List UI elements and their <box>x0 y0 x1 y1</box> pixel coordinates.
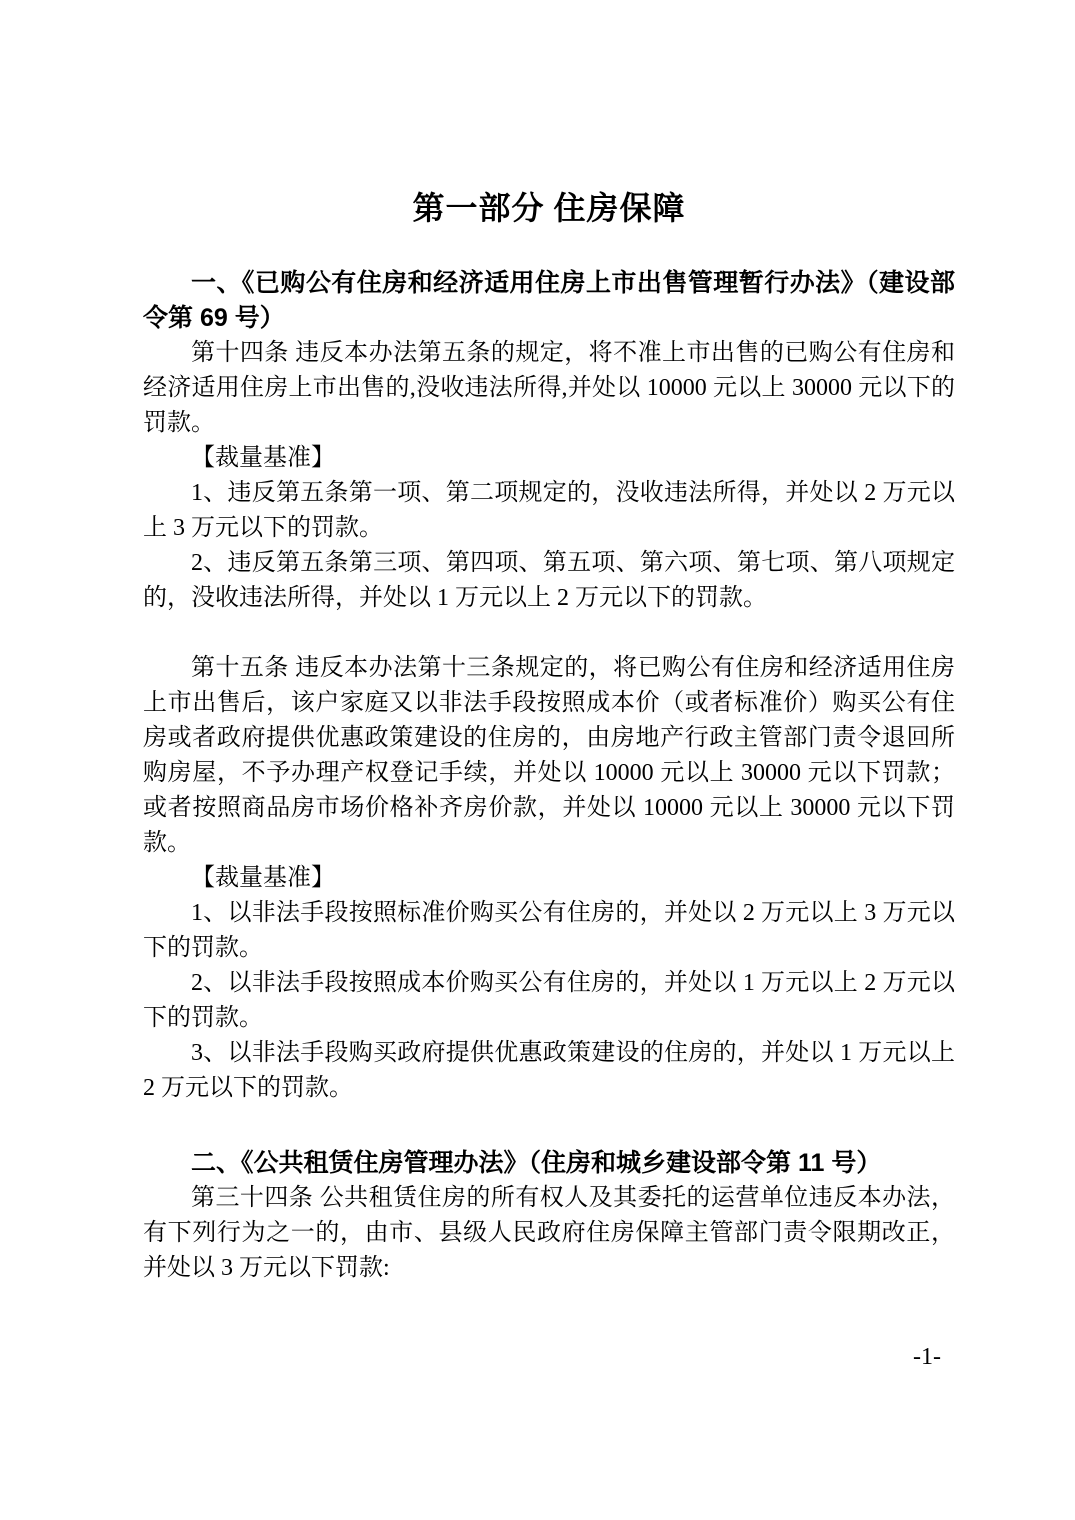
article-15-item-2: 2、以非法手段按照成本价购买公有住房的，并处以 1 万元以上 2 万元以下的罚款… <box>143 966 955 1036</box>
blank-line <box>143 1106 955 1146</box>
article-15-item-1: 1、以非法手段按照标准价购买公有住房的，并处以 2 万元以上 3 万元以下的罚款… <box>143 896 955 966</box>
section-1-heading: 一、《已购公有住房和经济适用住房上市出售管理暂行办法》（建设部令第 69 号） <box>143 266 955 336</box>
article-14-item-1: 1、违反第五条第一项、第二项规定的，没收违法所得，并处以 2 万元以上 3 万元… <box>143 476 955 546</box>
article-14-text: 第十四条 违反本办法第五条的规定，将不准上市出售的已购公有住房和经济适用住房上市… <box>143 336 955 441</box>
document-content: 第一部分 住房保障 一、《已购公有住房和经济适用住房上市出售管理暂行办法》（建设… <box>143 186 955 1286</box>
article-15-text: 第十五条 违反本办法第十三条规定的，将已购公有住房和经济适用住房上市出售后，该户… <box>143 651 955 861</box>
document-page: 第一部分 住房保障 一、《已购公有住房和经济适用住房上市出售管理暂行办法》（建设… <box>0 0 1075 1520</box>
article-14-item-2: 2、违反第五条第三项、第四项、第五项、第六项、第七项、第八项规定的，没收违法所得… <box>143 546 955 616</box>
article-34-text: 第三十四条 公共租赁住房的所有权人及其委托的运营单位违反本办法，有下列行为之一的… <box>143 1181 955 1286</box>
article-15-item-3: 3、以非法手段购买政府提供优惠政策建设的住房的，并处以 1 万元以上 2 万元以… <box>143 1036 955 1106</box>
blank-line <box>143 616 955 651</box>
discretion-standard-label: 【裁量基准】 <box>143 441 955 476</box>
discretion-standard-label: 【裁量基准】 <box>143 861 955 896</box>
page-title: 第一部分 住房保障 <box>143 186 955 230</box>
page-number: -1- <box>143 1342 955 1372</box>
section-2-heading: 二、《公共租赁住房管理办法》（住房和城乡建设部令第 11 号） <box>143 1146 955 1181</box>
